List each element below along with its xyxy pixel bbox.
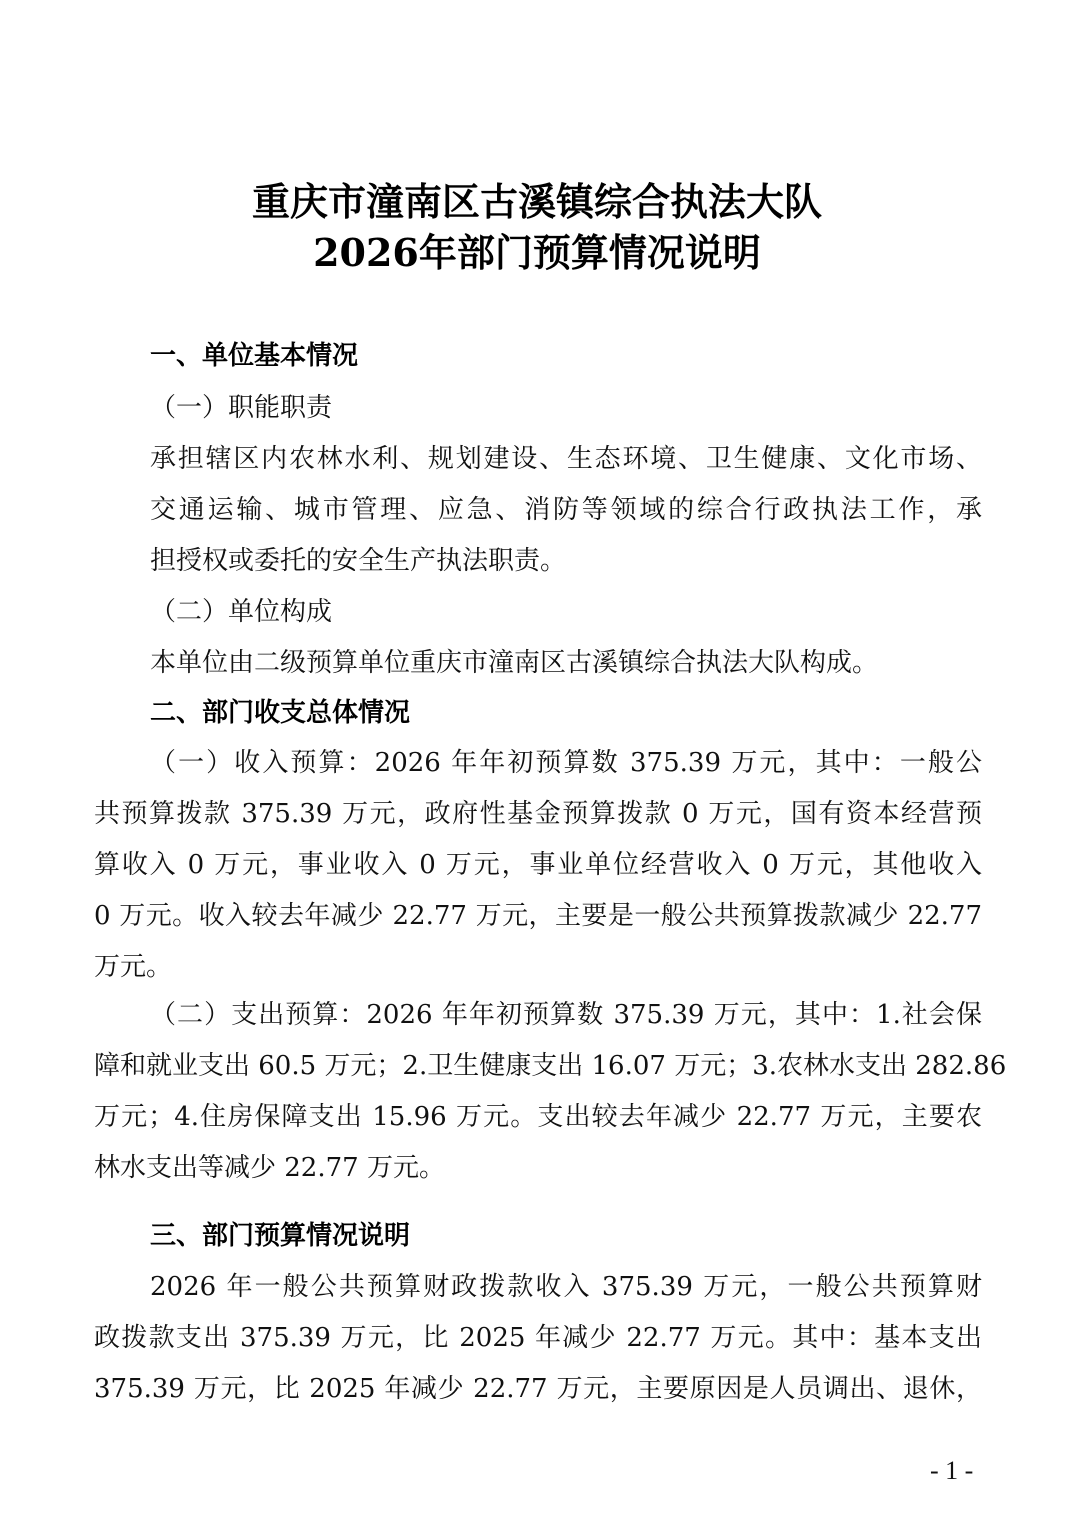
income-paragraph-line: 0 万元。收入较去年减少 22.77 万元，主要是一般公共预算拨款减少 22.7…: [94, 899, 982, 933]
subsection-heading-duties: （一）职能职责: [150, 391, 982, 425]
expense-paragraph-line: （二）支出预算：2026 年年初预算数 375.39 万元，其中：1.社会保: [150, 998, 982, 1032]
expense-paragraph-line: 障和就业支出 60.5 万元；2.卫生健康支出 16.07 万元；3.农林水支出…: [94, 1049, 982, 1083]
subsection-heading-composition: （二）单位构成: [150, 595, 982, 629]
document-title-line-1: 重庆市潼南区古溪镇综合执法大队: [0, 180, 1074, 224]
page-number: - 1 -: [930, 1456, 973, 1486]
paragraph-line: 本单位由二级预算单位重庆市潼南区古溪镇综合执法大队构成。: [150, 646, 982, 680]
section-heading-revenue-expense: 二、部门收支总体情况: [150, 697, 410, 729]
section-heading-basic-info: 一、单位基本情况: [150, 340, 358, 372]
paragraph-line: 交通运输、城市管理、应急、消防等领域的综合行政执法工作，承: [150, 493, 982, 527]
paragraph-line: 2026 年一般公共预算财政拨款收入 375.39 万元，一般公共预算财: [150, 1270, 982, 1304]
paragraph-line: 政拨款支出 375.39 万元，比 2025 年减少 22.77 万元。其中：基…: [94, 1321, 982, 1355]
expense-paragraph-line: 万元；4.住房保障支出 15.96 万元。支出较去年减少 22.77 万元，主要…: [94, 1100, 982, 1134]
income-paragraph-line: （一）收入预算：2026 年年初预算数 375.39 万元，其中：一般公: [150, 746, 982, 780]
income-paragraph-line: 万元。: [94, 950, 982, 984]
paragraph-line: 承担辖区内农林水利、规划建设、生态环境、卫生健康、文化市场、: [150, 442, 982, 476]
section-heading-budget-explanation: 三、部门预算情况说明: [150, 1220, 410, 1252]
income-paragraph-line: 共预算拨款 375.39 万元，政府性基金预算拨款 0 万元，国有资本经营预: [94, 797, 982, 831]
document-page: 重庆市潼南区古溪镇综合执法大队 2026年部门预算情况说明 一、单位基本情况 （…: [0, 0, 1074, 1520]
paragraph-line: 375.39 万元，比 2025 年减少 22.77 万元，主要原因是人员调出、…: [94, 1372, 982, 1406]
income-paragraph-line: 算收入 0 万元，事业收入 0 万元，事业单位经营收入 0 万元，其他收入: [94, 848, 982, 882]
document-title-line-2: 2026年部门预算情况说明: [0, 231, 1074, 275]
paragraph-line: 担授权或委托的安全生产执法职责。: [150, 544, 982, 578]
expense-paragraph-line: 林水支出等减少 22.77 万元。: [94, 1151, 982, 1185]
